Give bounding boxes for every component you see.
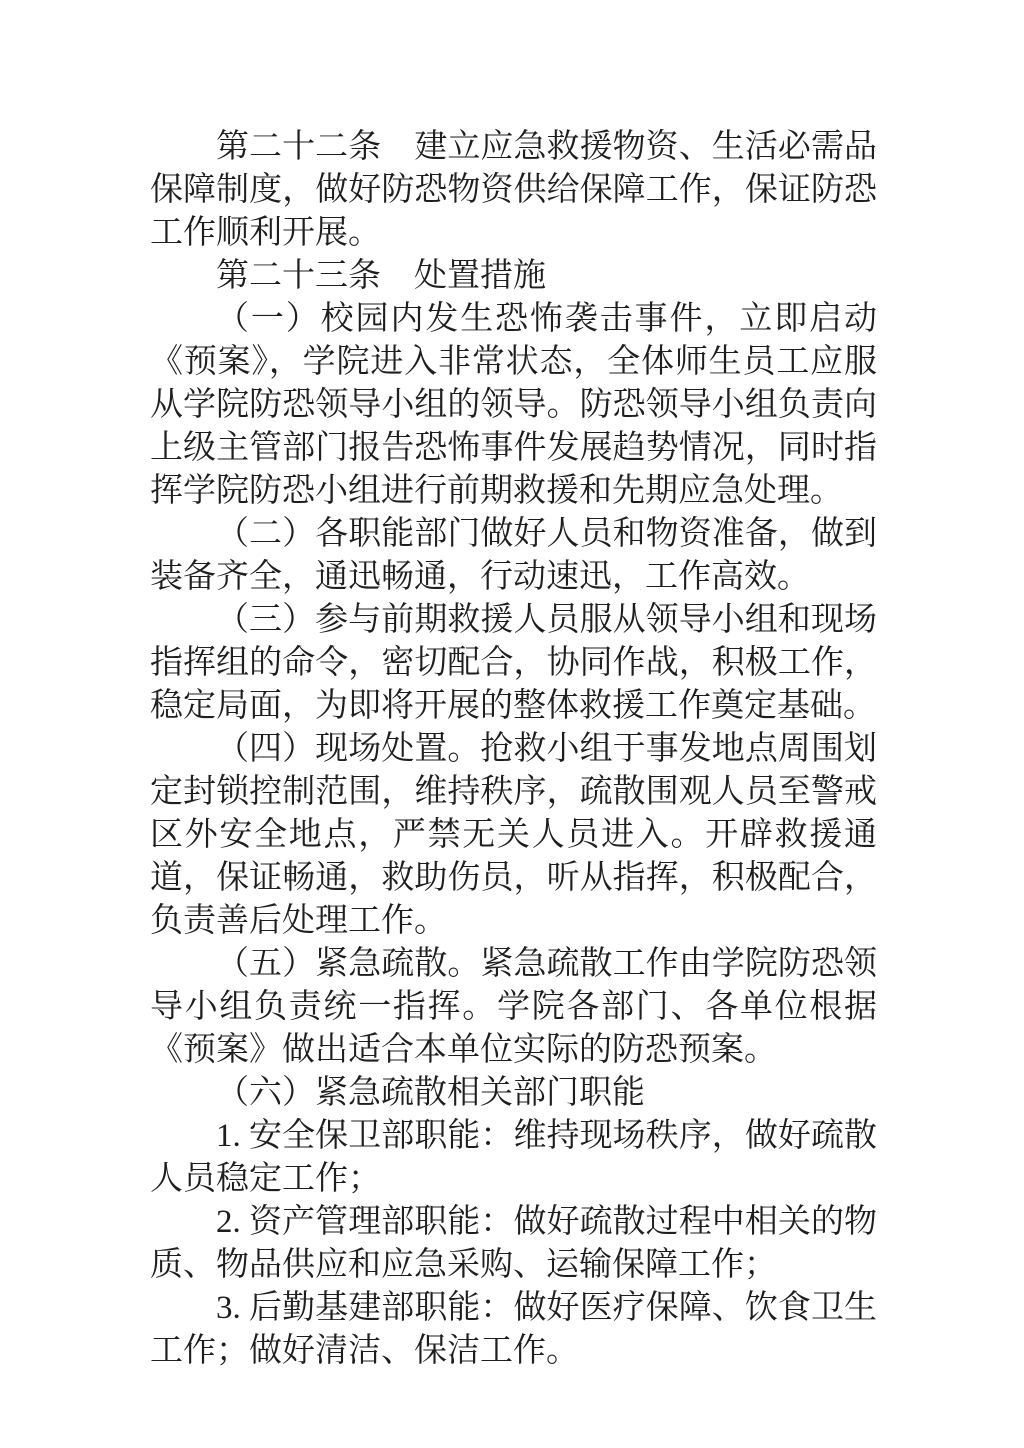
document-text-block: 第二十二条 建立应急救援物资、生活必需品保障制度，做好防恐物资供给保障工作，保证…	[150, 126, 877, 1373]
duty-assets-paragraph: 2. 资产管理部职能：做好疏散过程中相关的物质、物品供应和应急采购、运输保障工作…	[150, 1201, 877, 1287]
article-23-heading: 第二十三条 处置措施	[150, 255, 877, 298]
article-22-paragraph: 第二十二条 建立应急救援物资、生活必需品保障制度，做好防恐物资供给保障工作，保证…	[150, 126, 877, 255]
duty-security-paragraph: 1. 安全保卫部职能：维持现场秩序，做好疏散人员稳定工作；	[150, 1115, 877, 1201]
measure-6-heading: （六）紧急疏散相关部门职能	[150, 1072, 877, 1115]
measure-1-paragraph: （一）校园内发生恐怖袭击事件，立即启动《预案》，学院进入非常状态，全体师生员工应…	[150, 298, 877, 513]
measure-5-paragraph: （五）紧急疏散。紧急疏散工作由学院防恐领导小组负责统一指挥。学院各部门、各单位根…	[150, 943, 877, 1072]
measure-3-paragraph: （三）参与前期救援人员服从领导小组和现场指挥组的命令，密切配合，协同作战，积极工…	[150, 599, 877, 728]
measure-2-paragraph: （二）各职能部门做好人员和物资准备，做到装备齐全，通迅畅通，行动速迅，工作高效。	[150, 513, 877, 599]
measure-4-paragraph: （四）现场处置。抢救小组于事发地点周围划定封锁控制范围，维持秩序，疏散围观人员至…	[150, 728, 877, 943]
duty-logistics-paragraph: 3. 后勤基建部职能：做好医疗保障、饮食卫生工作；做好清洁、保洁工作。	[150, 1287, 877, 1373]
document-page: 第二十二条 建立应急救援物资、生活必需品保障制度，做好防恐物资供给保障工作，保证…	[0, 0, 1024, 1448]
